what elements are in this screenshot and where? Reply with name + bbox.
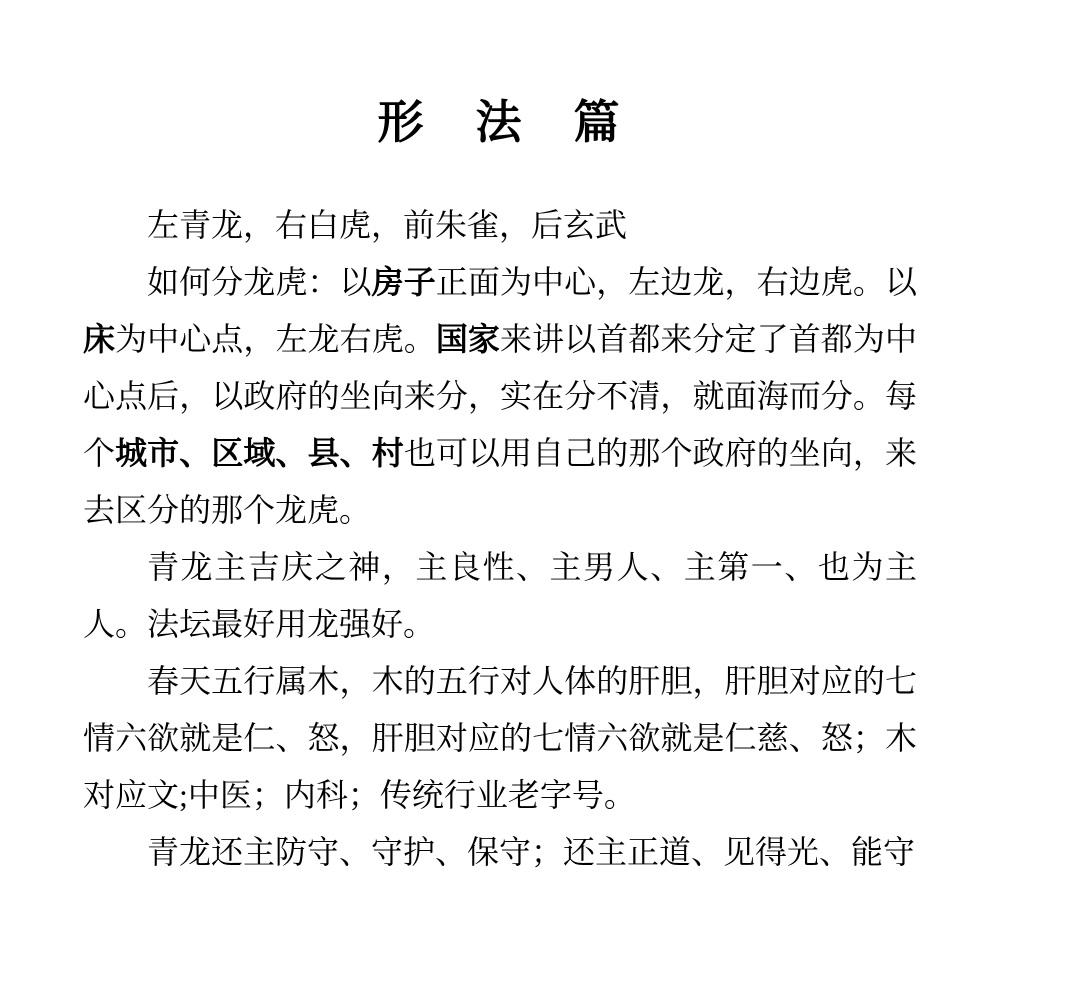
document-content: 形 法 篇 左青龙，右白虎，前朱雀，后玄武 如何分龙虎：以房子正面为中心，左边龙… <box>83 0 917 881</box>
document-page: 形 法 篇 左青龙，右白虎，前朱雀，后玄武 如何分龙虎：以房子正面为中心，左边龙… <box>0 0 1091 988</box>
document-title: 形 法 篇 <box>83 93 917 151</box>
paragraph-dragon-attributes: 青龙主吉庆之神，主良性、主男人、主第一、也为主人。法坛最好用龙强好。 <box>83 539 917 653</box>
bold-term-city-region-county-village: 城市、区域、县、村 <box>115 435 404 471</box>
paragraph-text: 春天五行属木，木的五行对人体的肝胆，肝胆对应的七情六欲就是仁、怒，肝胆对应的七情… <box>83 663 917 813</box>
paragraph-text: 青龙还主防守、守护、保守；还主正道、见得光、能守 <box>147 834 915 870</box>
paragraph-text: 左青龙，右白虎，前朱雀，后玄武 <box>147 207 627 243</box>
paragraph-text: 青龙主吉庆之神，主良性、主男人、主第一、也为主人。法坛最好用龙强好。 <box>83 549 917 642</box>
bold-term-country: 国家 <box>436 321 500 357</box>
paragraph-dragon-tiger-division: 如何分龙虎：以房子正面为中心，左边龙，右边虎。以床为中心点，左龙右虎。国家来讲以… <box>83 254 917 539</box>
paragraph-spring-wood-element: 春天五行属木，木的五行对人体的肝胆，肝胆对应的七情六欲就是仁、怒，肝胆对应的七情… <box>83 653 917 824</box>
paragraph-dragon-guarding: 青龙还主防守、守护、保守；还主正道、见得光、能守 <box>83 824 917 881</box>
bold-term-house: 房子 <box>372 264 436 300</box>
paragraph-text: 如何分龙虎：以 <box>147 264 372 300</box>
paragraph-four-guardians: 左青龙，右白虎，前朱雀，后玄武 <box>83 197 917 254</box>
paragraph-text: 正面为中心，左边龙，右边虎。以 <box>436 264 917 300</box>
paragraph-text: 为中心点，左龙右虎。 <box>115 321 436 357</box>
bold-term-bed: 床 <box>83 321 115 357</box>
